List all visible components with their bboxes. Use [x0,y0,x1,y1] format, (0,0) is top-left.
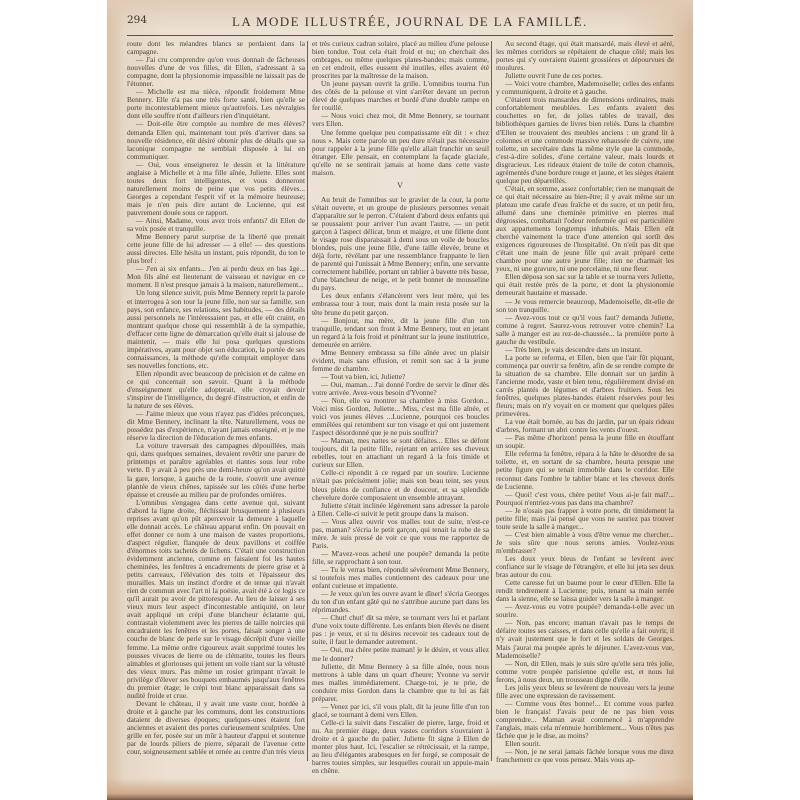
text-column-3: Au second étage, qui était mansardé, mai… [496,40,674,776]
paragraph: Les jolis yeux bleus se levèrent de nouv… [496,684,674,700]
paragraph: — Vous allez ouvrir vos malles tout de s… [312,518,489,550]
paragraph: — Je vous remercie beaucoup, Mademoisell… [496,298,674,314]
paragraph: — Doit-elle être comptée au nombre de me… [127,120,305,160]
paragraph: et très curieux cadran solaire, placé au… [312,40,489,80]
paragraph: — Voici votre chambre, Mademoiselle; cel… [496,80,674,96]
paragraph: — Ainsi, Madame, vous avez trois enfants… [127,217,305,233]
paragraph: — Comme vous êtes bonne!... Et comme vou… [496,700,674,740]
paragraph: — Nous voici chez moi, dit Mme Bennery, … [312,112,489,128]
paragraph: Un jeune paysan ouvrit la grille. L'omni… [312,80,489,112]
paragraph: Juliette, dit Mme Bennery à sa fille aîn… [312,663,489,703]
paragraph: L'omnibus s'engagea dans cette avenue qu… [127,499,305,700]
paragraph: — Pas même d'horizon! pensa la jeune fil… [496,434,674,450]
journal-title: LA MODE ILLUSTRÉE, JOURNAL DE LA FAMILLE… [232,14,588,30]
paragraph: — Venez par ici, s'il vous plaît, dit la… [312,703,489,719]
paragraph: — Non, elle va montrer sa chambre à miss… [312,397,489,437]
paragraph: Celle-ci répondit à ce regard par un sou… [312,469,489,501]
paragraph: — J'aime mieux que vous n'ayez pas d'idé… [127,410,305,442]
paragraph: Au second étage, qui était mansardé, mai… [496,40,674,72]
paragraph: — M'avez-vous acheté une poupée? demanda… [312,550,489,566]
paragraph: La voiture traversait des campagnes dépo… [127,442,305,498]
paragraph: — Tu le verras bien, répondit sévèrement… [312,566,489,590]
paragraph: — Michelle est ma nièce, répondit froide… [127,88,305,120]
paragraph: — C'est bien aimable à vous d'être venue… [496,531,674,555]
paragraph: Ellen répondit avec beaucoup de précisio… [127,370,305,410]
paragraph: — Quoi! c'est vous, chère petite! Vous a… [496,491,674,507]
paragraph: — Je n'osais pas frapper à votre porte, … [496,507,674,531]
paragraph: Les doux yeux bleus de l'enfant se levèr… [496,555,674,579]
paragraph: Ellen déposa son sac sur la table et se … [496,273,674,297]
paragraph: — Non, pas encore; maman n'avait pas le … [496,619,674,659]
chapter-heading: V [312,182,489,190]
column-divider [307,41,308,761]
paragraph: — Avez-vous tout ce qu'il vous faut? dem… [496,314,674,346]
text-column-1: route dont les méandres blancs se perdai… [127,40,305,776]
paragraph: La porte se referma, et Ellen, bien que … [496,354,674,418]
paragraph: Juliette s'était inclinée légèrement san… [312,502,489,518]
paragraph: — Bonjour, ma mère, dit la jeune fille d… [312,317,489,349]
paragraph: — Non, je ne serai jamais fâchée lorsque… [496,748,674,764]
paragraph: — Avez-vous eu votre poupée? demanda-t-e… [496,603,674,619]
paragraph: C'étaient trois mansardes de dimensions … [496,96,674,185]
paragraph: C'était, en somme, assez confortable; ri… [496,185,674,274]
paragraph: — Oui, ma chère petite maman! je le dési… [312,646,489,662]
paragraph: Les deux enfants s'élancèrent vers leur … [312,292,489,316]
paragraph: — Non, dit Ellen, mais je suis sûre qu'e… [496,660,674,684]
paragraph: Mme Bennery embrassa sa fille aînée avec… [312,349,489,373]
paragraph: Mme Bennery parut surprise de la liberté… [127,233,305,265]
page-number: 294 [127,14,147,26]
paragraph: Devant le château, il y avait une vaste … [127,700,305,756]
paragraph: Une femme quelque peu compatissante eût … [312,129,489,177]
paragraph: — J'ai cru comprendre qu'on vous donnait… [127,56,305,88]
header-rule [127,35,673,36]
paragraph: — Chut! chut! dit sa mère, se tournant v… [312,614,489,646]
running-head: 294 LA MODE ILLUSTRÉE, JOURNAL DE LA FAM… [127,14,673,30]
paragraph: — Oui, vous enseignerez le dessin et la … [127,161,305,217]
text-column-2: et très curieux cadran solaire, placé au… [312,40,489,776]
paragraph: Cette caresse fut un baume pour le cœur … [496,579,674,603]
ornament-mark: • [575,14,581,23]
paragraph: — Oui, maman... J'ai donné l'ordre de se… [312,381,489,397]
paragraph: La vue était bornée, au bas du jardin, p… [496,418,674,434]
paragraph: Elle referma la fenêtre, répara à la hât… [496,450,674,490]
journal-page: 294 LA MODE ILLUSTRÉE, JOURNAL DE LA FAM… [107,0,693,800]
paragraph: Au bruit de l'omnibus sur le gravier de … [312,196,489,293]
paragraph: — Je veux qu'on les ouvre avant le dîner… [312,590,489,614]
column-divider [491,41,492,761]
paragraph: Celle-ci la suivit dans l'escalier de pi… [312,719,489,775]
paragraph: Un long silence suivit, puis Mme Bennery… [127,289,305,369]
paragraph: — Maman, mes nattes se sont défaites... … [312,437,489,469]
paragraph: — J'en ai six enfants... J'en ai perdu d… [127,265,305,289]
paragraph: route dont les méandres blancs se perdai… [127,40,305,56]
